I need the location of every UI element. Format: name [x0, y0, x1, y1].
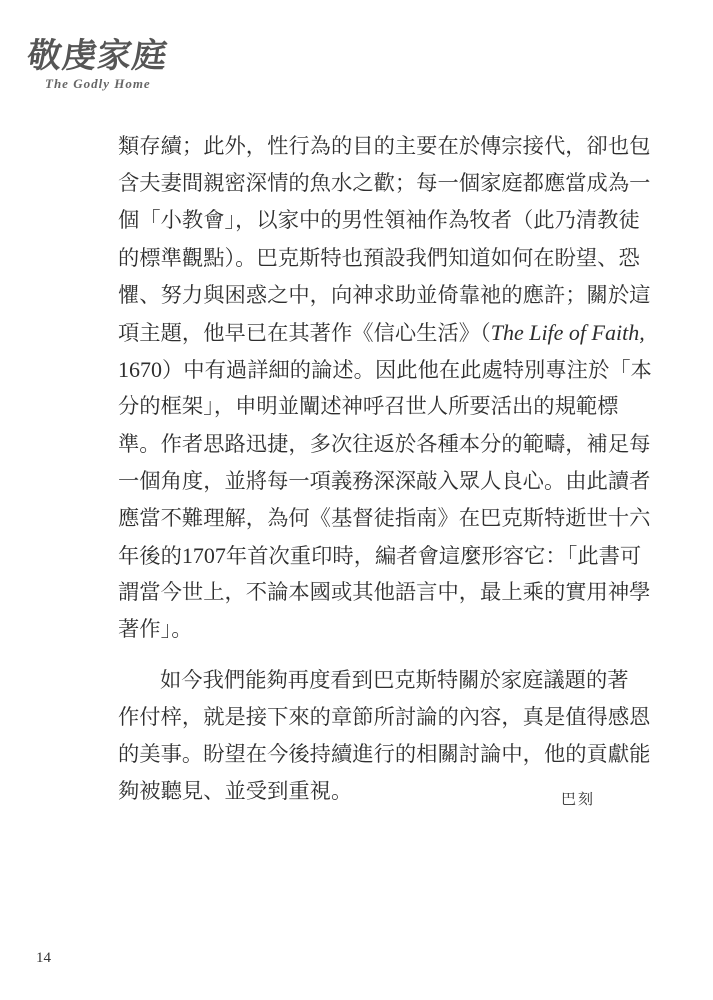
paragraph-2: 如今我們能夠再度看到巴克斯特關於家庭議題的著 作付梓，就是接下來的章節所討論的內…	[118, 662, 600, 811]
text-line: 夠被聽見、並受到重視。	[118, 773, 600, 810]
book-logo: 敬虔家庭 The Godly Home	[28, 28, 178, 98]
author-signature: 巴刻	[561, 788, 595, 809]
text-segment: 年首次重印時，編者會這麼形容它：「此書可	[226, 544, 641, 569]
logo-english-title: The Godly Home	[45, 76, 151, 92]
text-line: 項主題，他早已在其著作《信心生活》（The Life of Faith,	[118, 314, 600, 351]
paragraph-1: 類存續；此外，性行為的目的主要在於傳宗接代，卻也包 含夫妻間親密深情的魚水之歡；…	[118, 128, 600, 649]
text-line: 應當不難理解，為何《基督徒指南》在巴克斯特逝世十六	[118, 500, 600, 537]
text-line: 著作」。	[118, 611, 600, 648]
text-line: 一個角度，並將每一項義務深深敲入眾人良心。由此讀者	[118, 463, 600, 500]
text-line: 準。作者思路迅捷，多次往返於各種本分的範疇，補足每	[118, 426, 600, 463]
text-line: 含夫妻間親密深情的魚水之歡；每一個家庭都應當成為一	[118, 165, 600, 202]
text-line: 如今我們能夠再度看到巴克斯特關於家庭議題的著	[118, 662, 600, 699]
text-line: 1670）中有過詳細的論述。因此他在此處特別專注於「本	[118, 351, 600, 388]
book-title-english: The Life of Faith,	[491, 320, 645, 345]
text-segment: 項主題，他早已在其著作《信心生活》（	[118, 321, 491, 346]
text-line: 年後的1707年首次重印時，編者會這麼形容它：「此書可	[118, 537, 600, 574]
text-line: 個「小教會」，以家中的男性領袖作為牧者（此乃清教徒	[118, 202, 600, 239]
text-line: 懼、努力與困惑之中，向神求助並倚靠祂的應許；關於這	[118, 277, 600, 314]
year-number: 1707	[182, 543, 226, 568]
year-number: 1670	[118, 357, 162, 382]
page-number: 14	[36, 950, 51, 967]
text-line: 作付梓，就是接下來的章節所討論的內容，真是值得感恩	[118, 699, 600, 736]
logo-chinese-title: 敬虔家庭	[25, 28, 172, 77]
text-segment: 年後的	[118, 544, 182, 569]
text-line: 類存續；此外，性行為的目的主要在於傳宗接代，卻也包	[118, 128, 600, 165]
text-line: 謂當今世上，不論本國或其他語言中，最上乘的實用神學	[118, 574, 600, 611]
text-line: 分的框架」，申明並闡述神呼召世人所要活出的規範標	[118, 388, 600, 425]
body-text: 類存續；此外，性行為的目的主要在於傳宗接代，卻也包 含夫妻間親密深情的魚水之歡；…	[118, 128, 600, 810]
text-line: 的美事。盼望在今後持續進行的相關討論中，他的貢獻能	[118, 736, 600, 773]
text-segment: ）中有過詳細的論述。因此他在此處特別專注於「本	[162, 358, 652, 383]
paragraph-gap	[118, 649, 600, 662]
text-line: 的標準觀點）。巴克斯特也預設我們知道如何在盼望、恐	[118, 240, 600, 277]
